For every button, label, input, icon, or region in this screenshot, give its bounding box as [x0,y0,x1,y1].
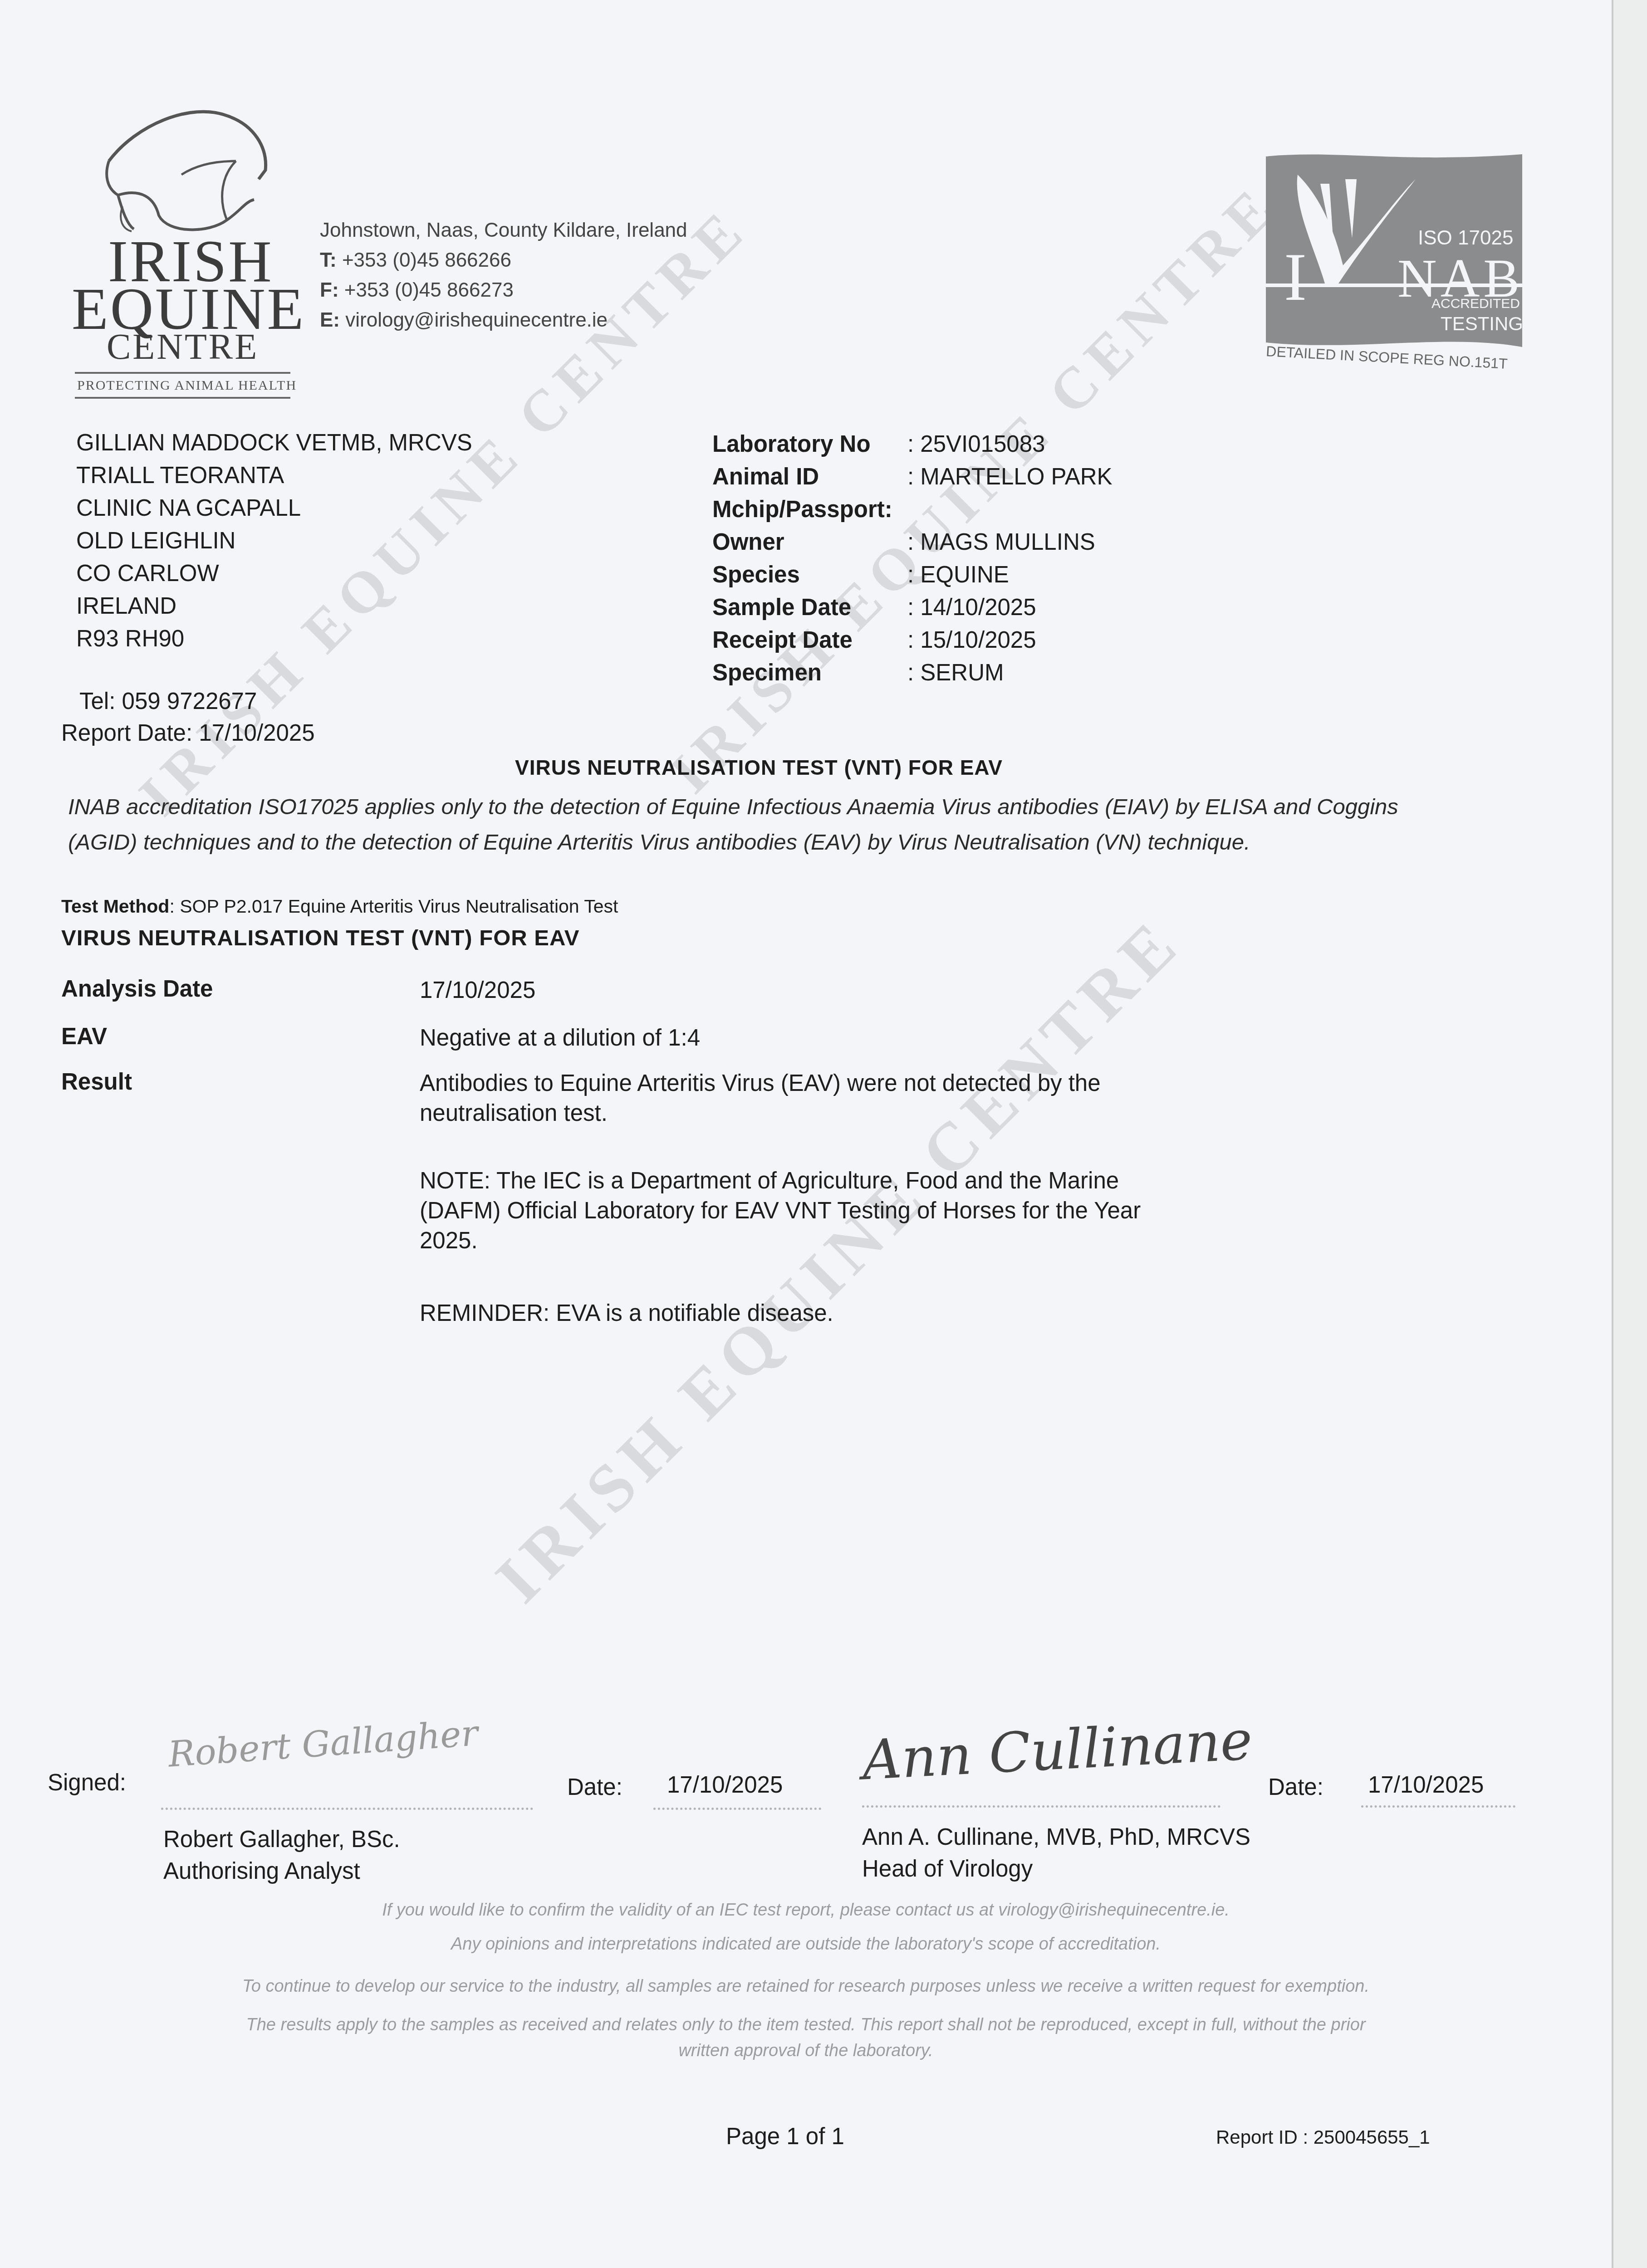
date-label-left: Date: [567,1774,623,1800]
sample-info-row: Mchip/Passport: [712,493,1113,526]
footer-opinions-note: Any opinions and interpretations indicat… [0,1935,1612,1954]
sample-info-row: Owner: MAGS MULLINS [712,526,1113,558]
footer-results-note: The results apply to the samples as rece… [0,2015,1612,2035]
footer-results-note-cont: written approval of the laboratory. [0,2041,1612,2061]
date-left: 17/10/2025 [667,1771,783,1798]
date-label-right: Date: [1268,1774,1323,1800]
testing-label: TESTING [1441,313,1523,335]
dafm-note: NOTE: The IEC is a Department of Agricul… [420,1166,1191,1256]
section-title: VIRUS NEUTRALISATION TEST (VNT) FOR EAV [61,925,579,951]
result-row-eav: EAVNegative at a dilution of 1:4 [61,1023,1191,1053]
accreditation-note: INAB accreditation ISO17025 applies only… [68,789,1429,860]
lab-phone: T: +353 (0)45 866266 [320,245,687,275]
signatory-name: Robert Gallagher, BSc. [163,1823,400,1855]
address-line: R93 RH90 [76,622,472,655]
address-line: IRELAND [76,590,472,622]
address-line: CO CARLOW [76,557,472,590]
report-date: Report Date: 17/10/2025 [61,717,315,749]
inab-accreditation-badge: ISO 17025 I NAB ACCREDITED TESTING DETAI… [1266,152,1522,342]
signature-robert-gallagher: Robert Gallagher [167,1713,480,1775]
test-method: Test Method: SOP P2.017 Equine Arteritis… [61,896,618,917]
signature-ann-cullinane: Ann Cullinane [861,1709,1254,1793]
logo-divider-top [75,372,290,374]
signature-line-right [862,1805,1221,1808]
sample-info-row: Species: EQUINE [712,558,1113,591]
footer-validity-note: If you would like to confirm the validit… [0,1901,1612,1920]
report-page: IRISH EQUINE CENTRE IRISH EQUINE CENTRE … [0,0,1612,2268]
date-right: 17/10/2025 [1368,1771,1484,1798]
footer-retention-note: To continue to develop our service to th… [0,1977,1612,1996]
signatory-role: Authorising Analyst [163,1855,400,1887]
result-row-analysis-date: Analysis Date17/10/2025 [61,975,1191,1005]
lab-email: E: virology@irishequinecentre.ie [320,305,687,335]
accredited-label: ACCREDITED [1431,296,1520,312]
signatory-right: Ann A. Cullinane, MVB, PhD, MRCVS Head o… [862,1821,1250,1885]
address-line: OLD LEIGHLIN [76,524,472,557]
notifiable-reminder: REMINDER: EVA is a notifiable disease. [420,1300,833,1326]
letterhead-contact: Johnstown, Naas, County Kildare, Ireland… [320,215,687,335]
recipient-address: GILLIAN MADDOCK VETMB, MRCVS TRIALL TEOR… [76,426,472,655]
page-number: Page 1 of 1 [726,2123,844,2150]
iso-label: ISO 17025 [1418,227,1513,249]
address-line: TRIALL TEORANTA [76,459,472,492]
inab-letter-i: I [1284,238,1307,316]
signatory-name: Ann A. Cullinane, MVB, PhD, MRCVS [862,1821,1250,1853]
sample-info-row: Specimen: SERUM [712,656,1113,689]
logo-divider-bottom [75,397,290,399]
logo-tagline: PROTECTING ANIMAL HEALTH [77,378,297,393]
watermark: IRISH EQUINE CENTRE [480,902,1196,1618]
address-line: GILLIAN MADDOCK VETMB, MRCVS [76,426,472,459]
date-line-right [1361,1805,1515,1808]
signed-label: Signed: [48,1769,126,1796]
report-id: Report ID : 250045655_1 [1216,2126,1430,2148]
date-line-left [653,1808,821,1810]
paper-edge [1612,0,1613,2268]
horse-head-outline-icon [91,98,281,236]
address-line: CLINIC NA GCAPALL [76,492,472,524]
lab-address: Johnstown, Naas, County Kildare, Ireland [320,215,687,245]
logo-text-centre: CENTRE [107,329,259,365]
signatory-left: Robert Gallagher, BSc. Authorising Analy… [163,1823,400,1887]
sample-info-row: Animal ID: MARTELLO PARK [712,460,1113,493]
signatory-role: Head of Virology [862,1853,1250,1885]
sample-info-row: Receipt Date: 15/10/2025 [712,624,1113,656]
sample-info-table: Laboratory No: 25VI015083 Animal ID: MAR… [712,428,1113,689]
recipient-tel: Tel: 059 9722677 [79,685,257,718]
sample-info-row: Sample Date: 14/10/2025 [712,591,1113,624]
result-row-result: ResultAntibodies to Equine Arteritis Vir… [61,1068,1191,1128]
signature-line-left [161,1808,533,1810]
lab-fax: F: +353 (0)45 866273 [320,275,687,305]
sample-info-row: Laboratory No: 25VI015083 [712,428,1113,460]
report-main-title: VIRUS NEUTRALISATION TEST (VNT) FOR EAV [515,755,1003,780]
